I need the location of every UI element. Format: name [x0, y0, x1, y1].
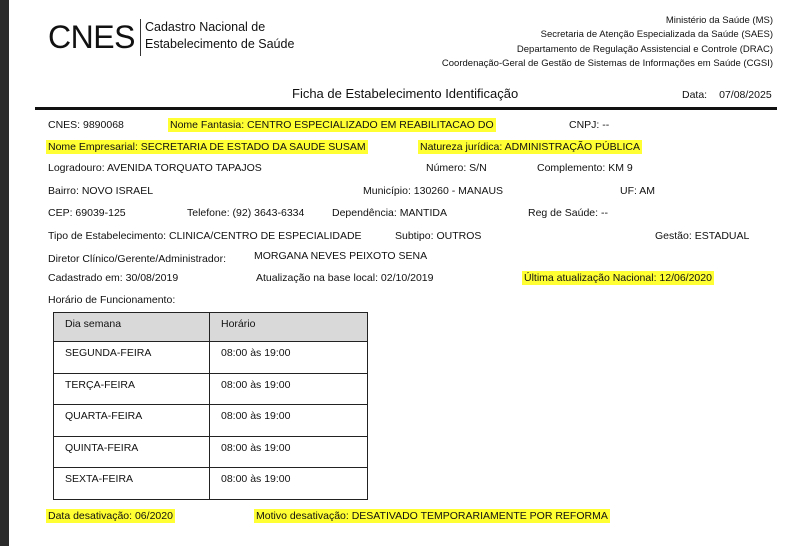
- cell-dia: QUARTA-FEIRA: [54, 405, 210, 437]
- table-row: TERÇA-FEIRA 08:00 às 19:00: [54, 373, 368, 405]
- cell-horario: 08:00 às 19:00: [210, 342, 368, 374]
- cell-horario: 08:00 às 19:00: [210, 468, 368, 500]
- cnes-field: CNES: 9890068: [48, 118, 124, 132]
- table-header-row: Dia semana Horário: [54, 313, 368, 342]
- table-row: QUARTA-FEIRA 08:00 às 19:00: [54, 405, 368, 437]
- cell-dia: QUINTA-FEIRA: [54, 436, 210, 468]
- logo-subtitle-line2: Estabelecimento de Saúde: [145, 36, 294, 53]
- dependencia-field: Dependência: MANTIDA: [332, 206, 447, 220]
- cell-dia: SEGUNDA-FEIRA: [54, 342, 210, 374]
- diretor-label: Diretor Clínico/Gerente/Administrador:: [48, 252, 226, 266]
- logo-subtitle: Cadastro Nacional de Estabelecimento de …: [145, 19, 294, 53]
- atualizacao-local-field: Atualização na base local: 02/10/2019: [256, 271, 433, 285]
- date-label: Data:: [682, 89, 707, 101]
- motivo-desativacao-field: Motivo desativação: DESATIVADO TEMPORARI…: [254, 509, 610, 523]
- nome-empresarial-field: Nome Empresarial: SECRETARIA DE ESTADO D…: [46, 140, 368, 154]
- hours-table: Dia semana Horário SEGUNDA-FEIRA 08:00 à…: [53, 312, 368, 500]
- org-line: Secretaria de Atenção Especializada da S…: [442, 28, 773, 42]
- org-line: Coordenação-Geral de Gestão de Sistemas …: [442, 57, 773, 71]
- document-date: Data:07/08/2025: [682, 89, 772, 101]
- nome-fantasia-field: Nome Fantasia: CENTRO ESPECIALIZADO EM R…: [168, 118, 496, 132]
- cell-horario: 08:00 às 19:00: [210, 436, 368, 468]
- header-divider: [35, 107, 777, 110]
- cell-dia: SEXTA-FEIRA: [54, 468, 210, 500]
- org-line: Ministério da Saúde (MS): [442, 14, 773, 28]
- cadastrado-em-field: Cadastrado em: 30/08/2019: [48, 271, 178, 285]
- organization-block: Ministério da Saúde (MS) Secretaria de A…: [442, 14, 773, 71]
- cell-horario: 08:00 às 19:00: [210, 373, 368, 405]
- horario-label: Horário de Funcionamento:: [48, 293, 175, 307]
- org-line: Departamento de Regulação Assistencial e…: [442, 43, 773, 57]
- tipo-estabelecimento-field: Tipo de Estabelecimento: CLINICA/CENTRO …: [48, 229, 362, 243]
- table-row: SEXTA-FEIRA 08:00 às 19:00: [54, 468, 368, 500]
- cep-field: CEP: 69039-125: [48, 206, 126, 220]
- logo-divider: [140, 19, 141, 56]
- table-row: QUINTA-FEIRA 08:00 às 19:00: [54, 436, 368, 468]
- complemento-field: Complemento: KM 9: [537, 161, 633, 175]
- data-desativacao-field: Data desativação: 06/2020: [46, 509, 175, 523]
- natureza-juridica-field: Natureza jurídica: ADMINISTRAÇÃO PÚBLICA: [418, 140, 642, 154]
- cnpj-field: CNPJ: --: [569, 118, 609, 132]
- uf-field: UF: AM: [620, 184, 655, 198]
- numero-field: Número: S/N: [426, 161, 487, 175]
- cell-horario: 08:00 às 19:00: [210, 405, 368, 437]
- bairro-field: Bairro: NOVO ISRAEL: [48, 184, 153, 198]
- table-row: SEGUNDA-FEIRA 08:00 às 19:00: [54, 342, 368, 374]
- column-header-dia: Dia semana: [54, 313, 210, 342]
- cnes-logo: CNES: [48, 17, 135, 57]
- gestao-field: Gestão: ESTADUAL: [655, 229, 749, 243]
- column-header-horario: Horário: [210, 313, 368, 342]
- reg-saude-field: Reg de Saúde: --: [528, 206, 608, 220]
- logradouro-field: Logradouro: AVENIDA TORQUATO TAPAJOS: [48, 161, 262, 175]
- ultima-atualizacao-nacional-field: Última atualização Nacional: 12/06/2020: [522, 271, 714, 285]
- diretor-value: MORGANA NEVES PEIXOTO SENA: [254, 249, 427, 263]
- municipio-field: Município: 130260 - MANAUS: [363, 184, 503, 198]
- subtipo-field: Subtipo: OUTROS: [395, 229, 481, 243]
- document-title: Ficha de Estabelecimento Identificação: [292, 86, 518, 101]
- telefone-field: Telefone: (92) 3643-6334: [187, 206, 304, 220]
- cell-dia: TERÇA-FEIRA: [54, 373, 210, 405]
- date-value: 07/08/2025: [719, 89, 772, 101]
- logo-subtitle-line1: Cadastro Nacional de: [145, 19, 294, 36]
- viewer-left-edge: [0, 0, 9, 546]
